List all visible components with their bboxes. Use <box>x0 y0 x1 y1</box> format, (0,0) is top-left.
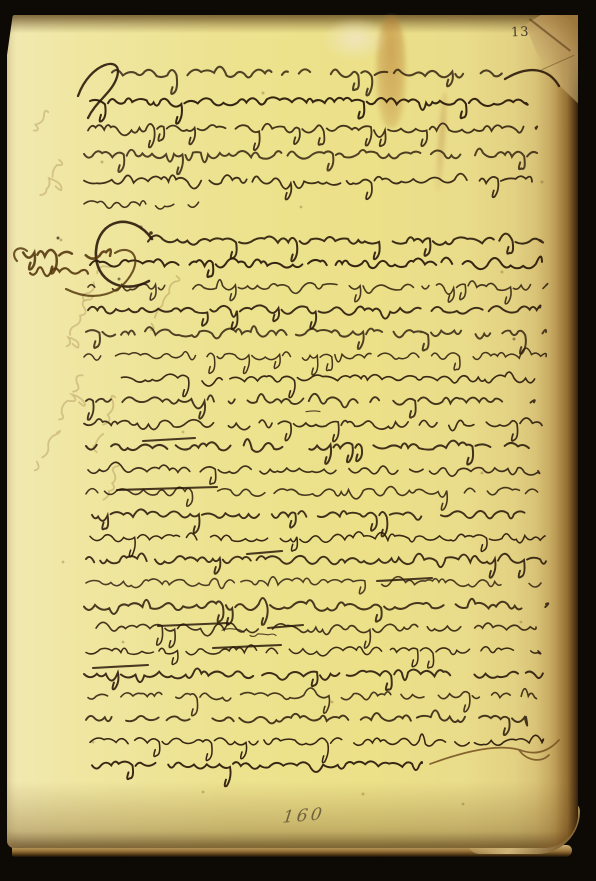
manuscript-page <box>7 15 578 848</box>
folio-number: 160 <box>281 804 326 828</box>
right-edge-shade <box>536 15 578 848</box>
pale-stain <box>322 17 388 61</box>
manuscript-photo: 13 160 <box>0 0 596 881</box>
page-number: 13 <box>511 25 530 41</box>
